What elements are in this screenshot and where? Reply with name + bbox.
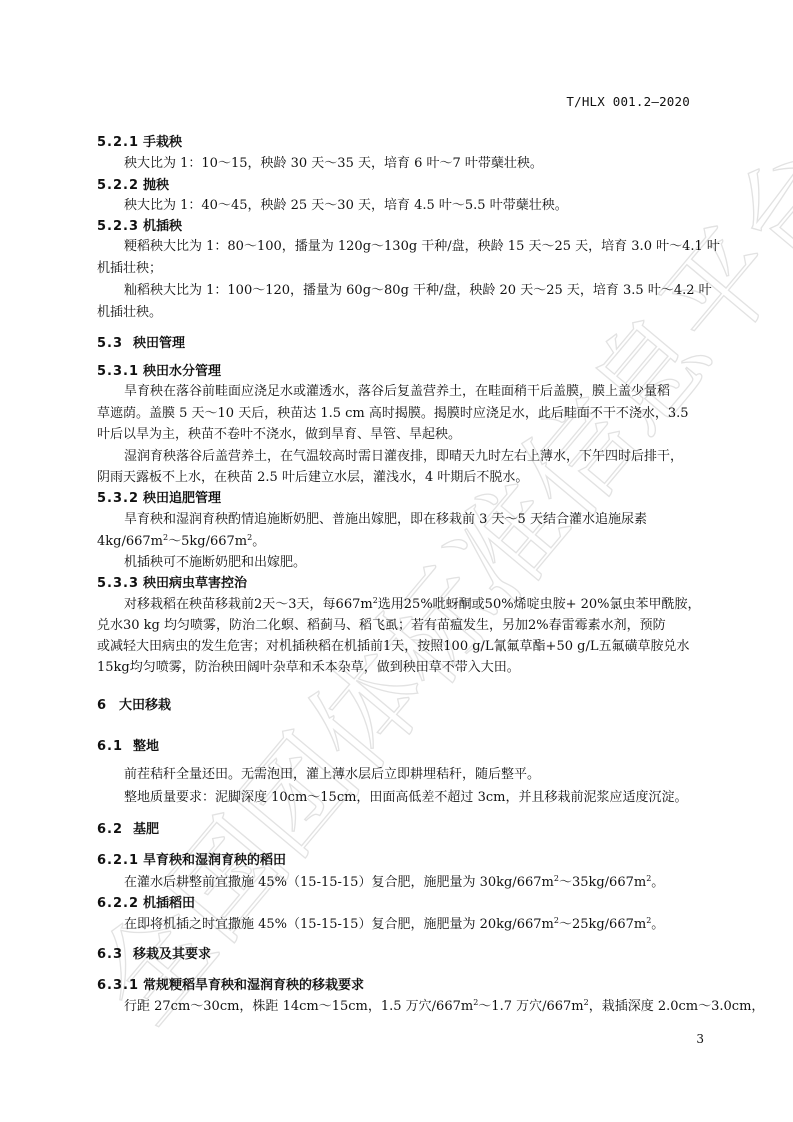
section-title: 秧田病虫草害控治 <box>143 576 247 591</box>
section-title: 秧田追肥管理 <box>143 491 221 506</box>
section-number: 5.3.3 <box>97 575 143 593</box>
page-number: 3 <box>696 1032 704 1046</box>
section-title: 秧田管理 <box>133 336 185 351</box>
paragraph: 籼稻秧大比为 1：100～120，播量为 60g～80g 干种/盘，秧龄 20 … <box>124 282 712 300</box>
section-title: 手栽秧 <box>143 135 182 150</box>
section-title: 抛秧 <box>143 178 169 193</box>
section-number: 6.1 <box>97 738 133 756</box>
heading-6-3: 6.3移栽及其要求 <box>97 946 211 964</box>
paragraph-cont: 机插壮秧。 <box>97 304 162 322</box>
heading-5-2-2: 5.2.2抛秧 <box>97 177 169 195</box>
paragraph: 前茬秸秆全量还田。无需泡田，灌上薄水层后立即耕埋秸秆，随后整平。 <box>124 766 540 784</box>
section-title: 大田移栽 <box>119 698 171 713</box>
section-number: 5.3 <box>97 335 133 353</box>
section-title: 机插秧 <box>143 219 182 234</box>
paragraph: 行距 27cm～30cm，株距 14cm～15cm，1.5 万穴/667m2～1… <box>124 998 764 1016</box>
heading-6-1: 6.1整地 <box>97 738 159 756</box>
section-number: 5.3.1 <box>97 363 143 381</box>
section-title: 基肥 <box>133 822 159 837</box>
heading-6-2: 6.2基肥 <box>97 821 159 839</box>
section-title: 机插稻田 <box>143 896 195 911</box>
section-number: 5.2.2 <box>97 177 143 195</box>
section-title: 常规粳稻旱育秧和湿润育秧的移栽要求 <box>143 978 364 993</box>
heading-6-2-2: 6.2.2机插稻田 <box>97 895 195 913</box>
paragraph-cont: 或减轻大田病虫的发生危害；对机插秧稻在机插前1天，按照100 g/L氰氟草酯+5… <box>97 638 689 656</box>
paragraph: 对移栽稻在秧苗移栽前2天～3天，每667m2选用25%吡蚜酮或50%烯啶虫胺+ … <box>124 596 701 614</box>
section-number: 5.2.1 <box>97 134 143 152</box>
paragraph: 粳稻秧大比为 1：80～100，播量为 120g～130g 干种/盘，秧龄 15… <box>124 238 720 256</box>
paragraph: 湿润育秧落谷后盖营养土，在气温较高时需日灌夜排，即晴天九时左右上薄水，下午四时后… <box>124 448 683 466</box>
paragraph-cont: 阴雨天露板不上水，在秧苗 2.5 叶后建立水层，灌浅水，4 叶期后不脱水。 <box>97 469 528 487</box>
heading-6-2-1: 6.2.1旱育秧和湿润育秧的稻田 <box>97 852 286 870</box>
heading-6: 6大田移栽 <box>97 697 171 715</box>
section-number: 5.3.2 <box>97 490 143 508</box>
paragraph: 秧大比为 1：40～45，秧龄 25 天～30 天，培育 4.5 叶～5.5 叶… <box>124 197 568 215</box>
paragraph-cont: 草遮荫。盖膜 5 天～10 天后，秧苗达 1.5 cm 高时揭膜。揭膜时应浇足水… <box>97 405 689 423</box>
paragraph-cont: 机插壮秧； <box>97 260 162 278</box>
section-title: 移栽及其要求 <box>133 947 211 962</box>
section-title: 旱育秧和湿润育秧的稻田 <box>143 853 286 868</box>
paragraph: 整地质量要求：泥脚深度 10cm～15cm，田面高低差不超过 3cm，并且移栽前… <box>124 789 687 807</box>
paragraph-cont: 4kg/667m2～5kg/667m2。 <box>97 533 265 551</box>
paragraph: 秧大比为 1：10～15，秧龄 30 天～35 天，培育 6 叶～7 叶带蘖壮秧… <box>124 155 543 173</box>
paragraph: 在即将机插之时宜撒施 45%（15-15-15）复合肥，施肥量为 20kg/66… <box>124 916 664 934</box>
section-title: 秧田水分管理 <box>143 364 221 379</box>
section-title: 整地 <box>133 739 159 754</box>
paragraph: 在灌水后耕整前宜撒施 45%（15-15-15）复合肥，施肥量为 30kg/66… <box>124 874 664 892</box>
document-page: 全国团体标准信息平台 T/HLX 001.2—2020 5.2.1手栽秧 秧大比… <box>0 0 793 1122</box>
paragraph: 旱育秧和湿润育秧酌情追施断奶肥、普施出嫁肥，即在移栽前 3 天～5 天结合灌水追… <box>124 511 647 529</box>
paragraph-cont: 兑水30 kg 均匀喷雾，防治二化螟、稻蓟马、稻飞虱；若有苗瘟发生，另加2%春雷… <box>97 617 666 635</box>
paragraph-cont: 叶后以旱为主，秧苗不卷叶不浇水，做到旱育、旱管、旱起秧。 <box>97 426 461 444</box>
section-number: 6 <box>97 697 119 715</box>
standard-code: T/HLX 001.2—2020 <box>566 94 690 109</box>
heading-5-3: 5.3秧田管理 <box>97 335 185 353</box>
section-number: 6.3 <box>97 946 133 964</box>
section-number: 6.2.1 <box>97 852 143 870</box>
heading-5-3-3: 5.3.3秧田病虫草害控治 <box>97 575 247 593</box>
heading-5-3-2: 5.3.2秧田追肥管理 <box>97 490 221 508</box>
heading-6-3-1: 6.3.1常规粳稻旱育秧和湿润育秧的移栽要求 <box>97 977 364 995</box>
heading-5-2-3: 5.2.3机插秧 <box>97 218 182 236</box>
section-number: 6.2.2 <box>97 895 143 913</box>
section-number: 6.2 <box>97 821 133 839</box>
heading-5-2-1: 5.2.1手栽秧 <box>97 134 182 152</box>
section-number: 6.3.1 <box>97 977 143 995</box>
paragraph-cont: 15kg均匀喷雾，防治秧田阔叶杂草和禾本杂草，做到秧田草不带入大田。 <box>97 659 520 677</box>
heading-5-3-1: 5.3.1秧田水分管理 <box>97 363 221 381</box>
section-number: 5.2.3 <box>97 218 143 236</box>
paragraph: 机插秧可不施断奶肥和出嫁肥。 <box>124 554 306 572</box>
paragraph: 旱育秧在落谷前畦面应浇足水或灌透水，落谷后复盖营养土，在畦面稍干后盖膜，膜上盖少… <box>124 383 670 401</box>
